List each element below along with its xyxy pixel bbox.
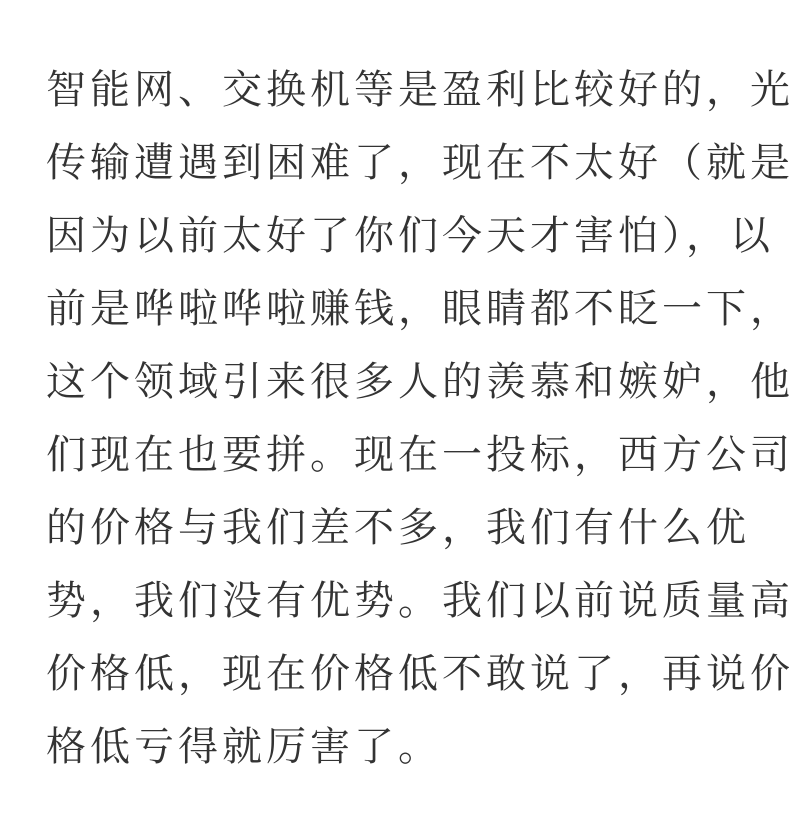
text-line: 这个领域引来很多人的羡慕和嫉妒，他 (46, 354, 758, 427)
text-line: 传输遭遇到困难了，现在不太好（就是 (46, 135, 758, 208)
text-line: 价格低，现在价格低不敢说了，再说价 (46, 646, 758, 719)
text-line: 的价格与我们差不多，我们有什么优 (46, 500, 758, 573)
text-paragraph: 智能网、交换机等是盈利比较好的，光 传输遭遇到困难了，现在不太好（就是 因为以前… (46, 62, 758, 792)
text-line: 因为以前太好了你们今天才害怕），以 (46, 208, 758, 281)
text-line: 们现在也要拼。现在一投标，西方公司 (46, 427, 758, 500)
text-line: 前是哗啦哗啦赚钱，眼睛都不眨一下， (46, 281, 758, 354)
text-line: 势，我们没有优势。我们以前说质量高 (46, 573, 758, 646)
text-line: 智能网、交换机等是盈利比较好的，光 (46, 62, 758, 135)
text-line: 格低亏得就厉害了。 (46, 719, 758, 792)
